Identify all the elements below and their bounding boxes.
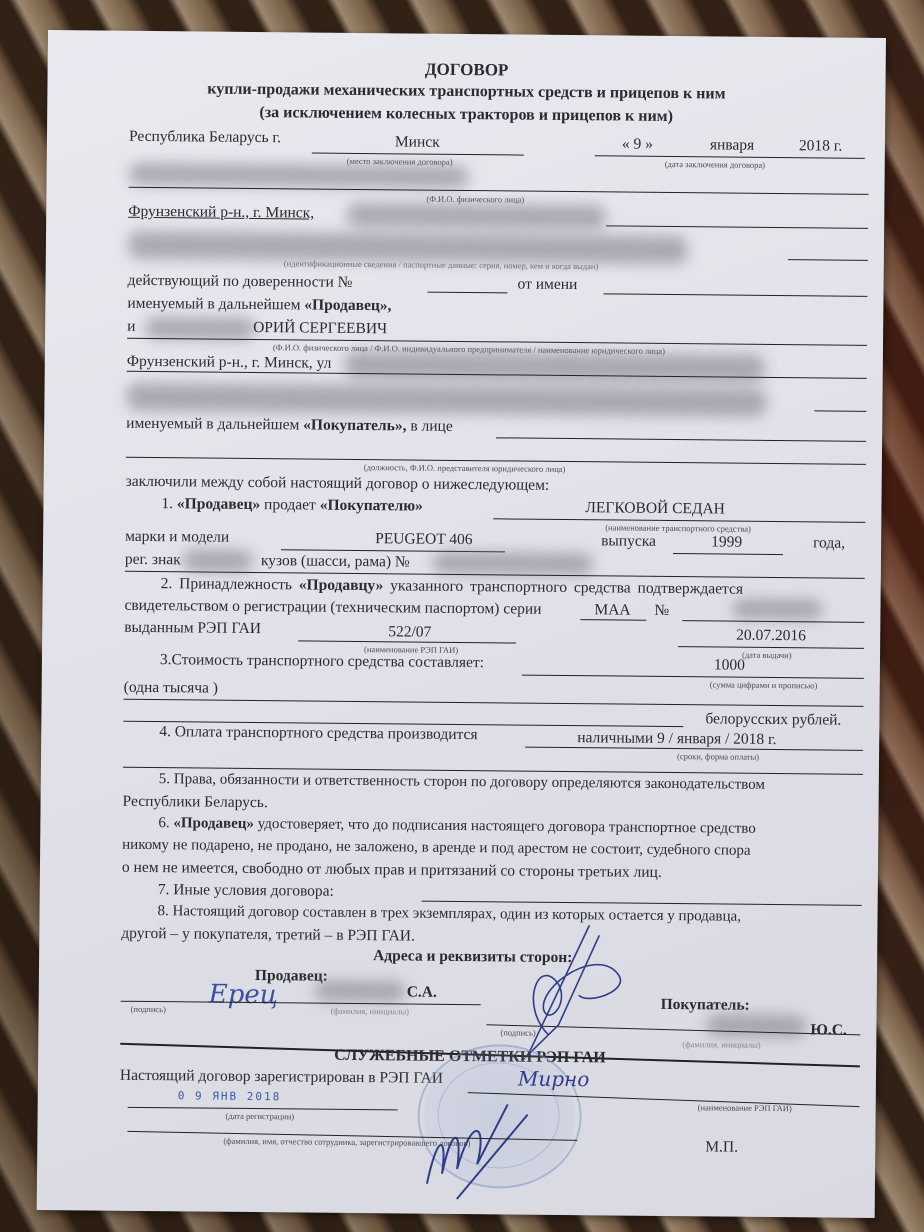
seller-surname-caption: (фамилия, инициалы) bbox=[331, 1006, 409, 1017]
price-caption: (сумма цифрами и прописью) bbox=[710, 679, 818, 690]
redacted-seller-address bbox=[346, 203, 606, 229]
rep-signature: Мирно bbox=[518, 1067, 590, 1092]
price-value: 1000 bbox=[714, 656, 745, 674]
year-value: 1999 bbox=[711, 533, 742, 551]
buyer-address: Фрунзенский р-н., г. Минск, ул bbox=[127, 353, 332, 373]
payment-caption: (сроки, форма оплаты) bbox=[677, 751, 759, 762]
redacted-seller-name bbox=[129, 163, 469, 188]
seller-role-line: именуемый в дальнейшем «Продавец», bbox=[127, 295, 391, 316]
buyer-name: ОРИЙ СЕРГЕЕВИЧ bbox=[253, 319, 387, 338]
document-subtitle-2: (за исключением колесных тракторов и при… bbox=[47, 102, 885, 128]
clause-3: 3.Стоимость транспортного средства соста… bbox=[160, 651, 484, 672]
redacted-buyer-passport bbox=[126, 383, 766, 417]
clause-4: 4. Оплата транспортного средства произво… bbox=[159, 723, 477, 744]
officer-signature bbox=[417, 1094, 538, 1205]
issued-label: выданным РЭП ГАИ bbox=[124, 619, 261, 638]
seal-label: М.П. bbox=[705, 1138, 738, 1156]
redacted-buyer-address bbox=[345, 351, 765, 383]
buyer-role-line: именуемый в дальнейшем «Покупатель», в л… bbox=[126, 415, 453, 436]
clause-5-line-2: Республики Беларусь. bbox=[123, 793, 268, 812]
buyer-initials: Ю.С. bbox=[810, 1021, 847, 1039]
proxy-from-label: от имени bbox=[517, 276, 577, 295]
cert-series: МАА bbox=[594, 601, 630, 619]
rep-gai-value: 522/07 bbox=[388, 623, 431, 641]
document-subtitle-1: купли-продажи механических транспортных … bbox=[47, 79, 885, 105]
clause-6-line-2: никому не подарено, не продано, не залож… bbox=[122, 837, 751, 860]
date-caption: (дата заключения договора) bbox=[665, 159, 765, 170]
make-model: PEUGEOT 406 bbox=[375, 530, 473, 549]
clause-2-line-2: свидетельством о регистрации (технически… bbox=[124, 597, 541, 619]
payment-value: наличными 9 / января / 2018 г. bbox=[577, 729, 777, 749]
seller-address: Фрунзенский р-н., г. Минск, bbox=[128, 203, 314, 223]
seller-signature-caption: (подпись) bbox=[131, 1004, 166, 1014]
redacted-vin bbox=[433, 552, 593, 576]
redacted-cert-number bbox=[732, 599, 822, 620]
issue-date: 20.07.2016 bbox=[736, 627, 806, 646]
year-label: выпуска bbox=[601, 532, 656, 551]
seller-id-caption: (идентификационные сведения / паспортные… bbox=[284, 258, 599, 271]
buyer-prefix: и bbox=[127, 318, 135, 336]
redacted-buyer-surname bbox=[145, 317, 255, 340]
redacted-buyer-surname-sign bbox=[706, 1014, 806, 1037]
proxy-label: действующий по доверенности № bbox=[128, 272, 353, 292]
year-suffix: года, bbox=[813, 534, 845, 552]
redacted-seller-surname bbox=[315, 981, 405, 1002]
buyer-surname-caption: (фамилия, инициалы) bbox=[682, 1039, 760, 1050]
representative-caption: (должность, Ф.И.О. представителя юридиче… bbox=[364, 462, 566, 474]
buyer-label: Покупатель: bbox=[661, 996, 750, 1015]
clause-6-line-3: о нем не имеется, свободно от любых прав… bbox=[122, 859, 662, 882]
clause-1: 1. «Продавец» продает «Покупателю» bbox=[161, 495, 423, 516]
officer-caption: (фамилия, имя, отчество сотрудника, заре… bbox=[223, 1136, 470, 1148]
clause-5-line-1: 5. Права, обязанности и ответственность … bbox=[159, 771, 765, 794]
currency: белорусских рублей. bbox=[705, 710, 841, 729]
agreement-intro: заключили между собой настоящий договор … bbox=[126, 473, 550, 495]
seller-initials: С.А. bbox=[407, 983, 437, 1001]
clause-7: 7. Иные условия договора: bbox=[158, 881, 334, 901]
clause-6-line-1: 6. «Продавец» удостоверяет, что до подпи… bbox=[158, 815, 756, 838]
price-words: (одна тысяча ) bbox=[124, 679, 218, 698]
make-label: марки и модели bbox=[125, 528, 229, 547]
registered-text: Настоящий договор зарегистрирован в РЭП … bbox=[120, 1067, 443, 1088]
seller-signature: Ерец bbox=[209, 980, 278, 1011]
clause-8-line-2: другой – у покупателя, третий – в РЭП ГА… bbox=[121, 925, 415, 946]
vehicle-type: ЛЕГКОВОЙ СЕДАН bbox=[585, 499, 725, 518]
issue-date-caption: (дата выдачи) bbox=[742, 650, 792, 660]
registration-date-stamp: 0 9 ЯНВ 2018 bbox=[178, 1089, 282, 1103]
cert-number-label: № bbox=[654, 602, 669, 620]
date-month: января bbox=[710, 136, 754, 154]
place-prefix: Республика Беларусь г. bbox=[129, 128, 281, 147]
registration-date-caption: (дата регистрации) bbox=[226, 1111, 295, 1122]
clause-2-line-1: 2. Принадлежность «Продавцу» указанного … bbox=[161, 575, 743, 599]
reg-label: рег. знак bbox=[125, 551, 181, 570]
contract-paper: ДОГОВОР купли-продажи механических транс… bbox=[37, 30, 886, 1218]
date-day: « 9 » bbox=[622, 136, 653, 154]
date-year: 2018 г. bbox=[799, 137, 843, 155]
body-label: кузов (шасси, рама) № bbox=[261, 552, 410, 571]
place-value: Минск bbox=[395, 133, 440, 151]
redacted-reg-plate bbox=[183, 549, 253, 572]
rep-caption: (наименование РЭП ГАИ) bbox=[698, 1102, 792, 1113]
